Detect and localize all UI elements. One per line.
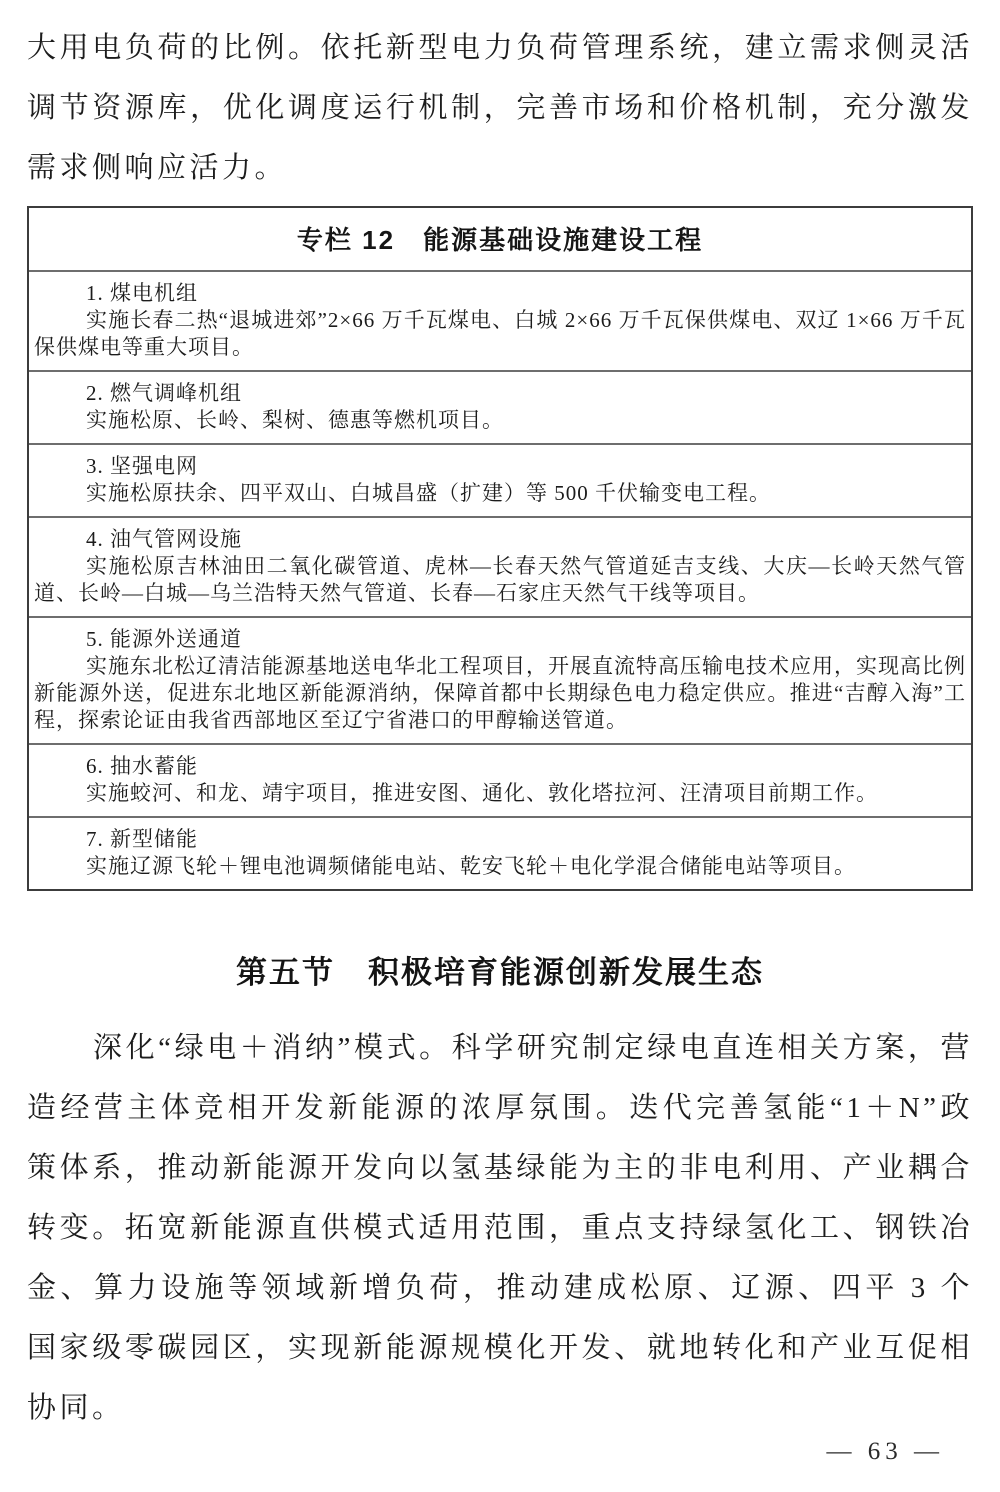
infobox-item-body: 实施松原扶余、四平双山、白城昌盛（扩建）等 500 千伏输变电工程。: [34, 480, 966, 507]
infobox-item-body: 实施东北松辽清洁能源基地送电华北工程项目，开展直流特高压输电技术应用，实现高比例…: [34, 653, 966, 734]
infobox-item-body: 实施长春二热“退城进郊”2×66 万千瓦煤电、白城 2×66 万千瓦保供煤电、双…: [34, 307, 966, 361]
body-paragraph: 深化“绿电＋消纳”模式。科学研究制定绿电直连相关方案，营造经营主体竞相开发新能源…: [27, 1018, 973, 1438]
page-number: — 63 —: [827, 1438, 945, 1466]
infobox-item-title: 2. 燃气调峰机组: [34, 380, 966, 407]
infobox-item-title: 1. 煤电机组: [34, 280, 966, 307]
infobox-item-4: 4. 油气管网设施 实施松原吉林油田二氧化碳管道、虎林—长春天然气管道延吉支线、…: [29, 516, 971, 616]
infobox-item-2: 2. 燃气调峰机组 实施松原、长岭、梨树、德惠等燃机项目。: [29, 370, 971, 443]
infobox-item-body: 实施蛟河、和龙、靖宇项目，推进安图、通化、敦化塔拉河、汪清项目前期工作。: [34, 780, 966, 807]
infobox-item-1: 1. 煤电机组 实施长春二热“退城进郊”2×66 万千瓦煤电、白城 2×66 万…: [29, 270, 971, 370]
intro-paragraph: 大用电负荷的比例。依托新型电力负荷管理系统，建立需求侧灵活调节资源库，优化调度运…: [27, 18, 973, 198]
section-heading: 第五节 积极培育能源创新发展生态: [27, 947, 973, 992]
infobox-item-title: 7. 新型储能: [34, 826, 966, 853]
infobox-item-title: 4. 油气管网设施: [34, 526, 966, 553]
infobox-item-title: 6. 抽水蓄能: [34, 753, 966, 780]
document-page: 大用电负荷的比例。依托新型电力负荷管理系统，建立需求侧灵活调节资源库，优化调度运…: [0, 0, 1000, 1492]
infobox-energy-infrastructure: 专栏 12 能源基础设施建设工程 1. 煤电机组 实施长春二热“退城进郊”2×6…: [27, 206, 973, 891]
infobox-item-7: 7. 新型储能 实施辽源飞轮＋锂电池调频储能电站、乾安飞轮＋电化学混合储能电站等…: [29, 816, 971, 889]
infobox-item-5: 5. 能源外送通道 实施东北松辽清洁能源基地送电华北工程项目，开展直流特高压输电…: [29, 616, 971, 743]
infobox-item-title: 3. 坚强电网: [34, 453, 966, 480]
infobox-title: 专栏 12 能源基础设施建设工程: [29, 208, 971, 270]
infobox-item-title: 5. 能源外送通道: [34, 626, 966, 653]
infobox-item-6: 6. 抽水蓄能 实施蛟河、和龙、靖宇项目，推进安图、通化、敦化塔拉河、汪清项目前…: [29, 743, 971, 816]
infobox-item-body: 实施松原吉林油田二氧化碳管道、虎林—长春天然气管道延吉支线、大庆—长岭天然气管道…: [34, 553, 966, 607]
infobox-item-body: 实施辽源飞轮＋锂电池调频储能电站、乾安飞轮＋电化学混合储能电站等项目。: [34, 853, 966, 880]
infobox-item-body: 实施松原、长岭、梨树、德惠等燃机项目。: [34, 407, 966, 434]
infobox-item-3: 3. 坚强电网 实施松原扶余、四平双山、白城昌盛（扩建）等 500 千伏输变电工…: [29, 443, 971, 516]
